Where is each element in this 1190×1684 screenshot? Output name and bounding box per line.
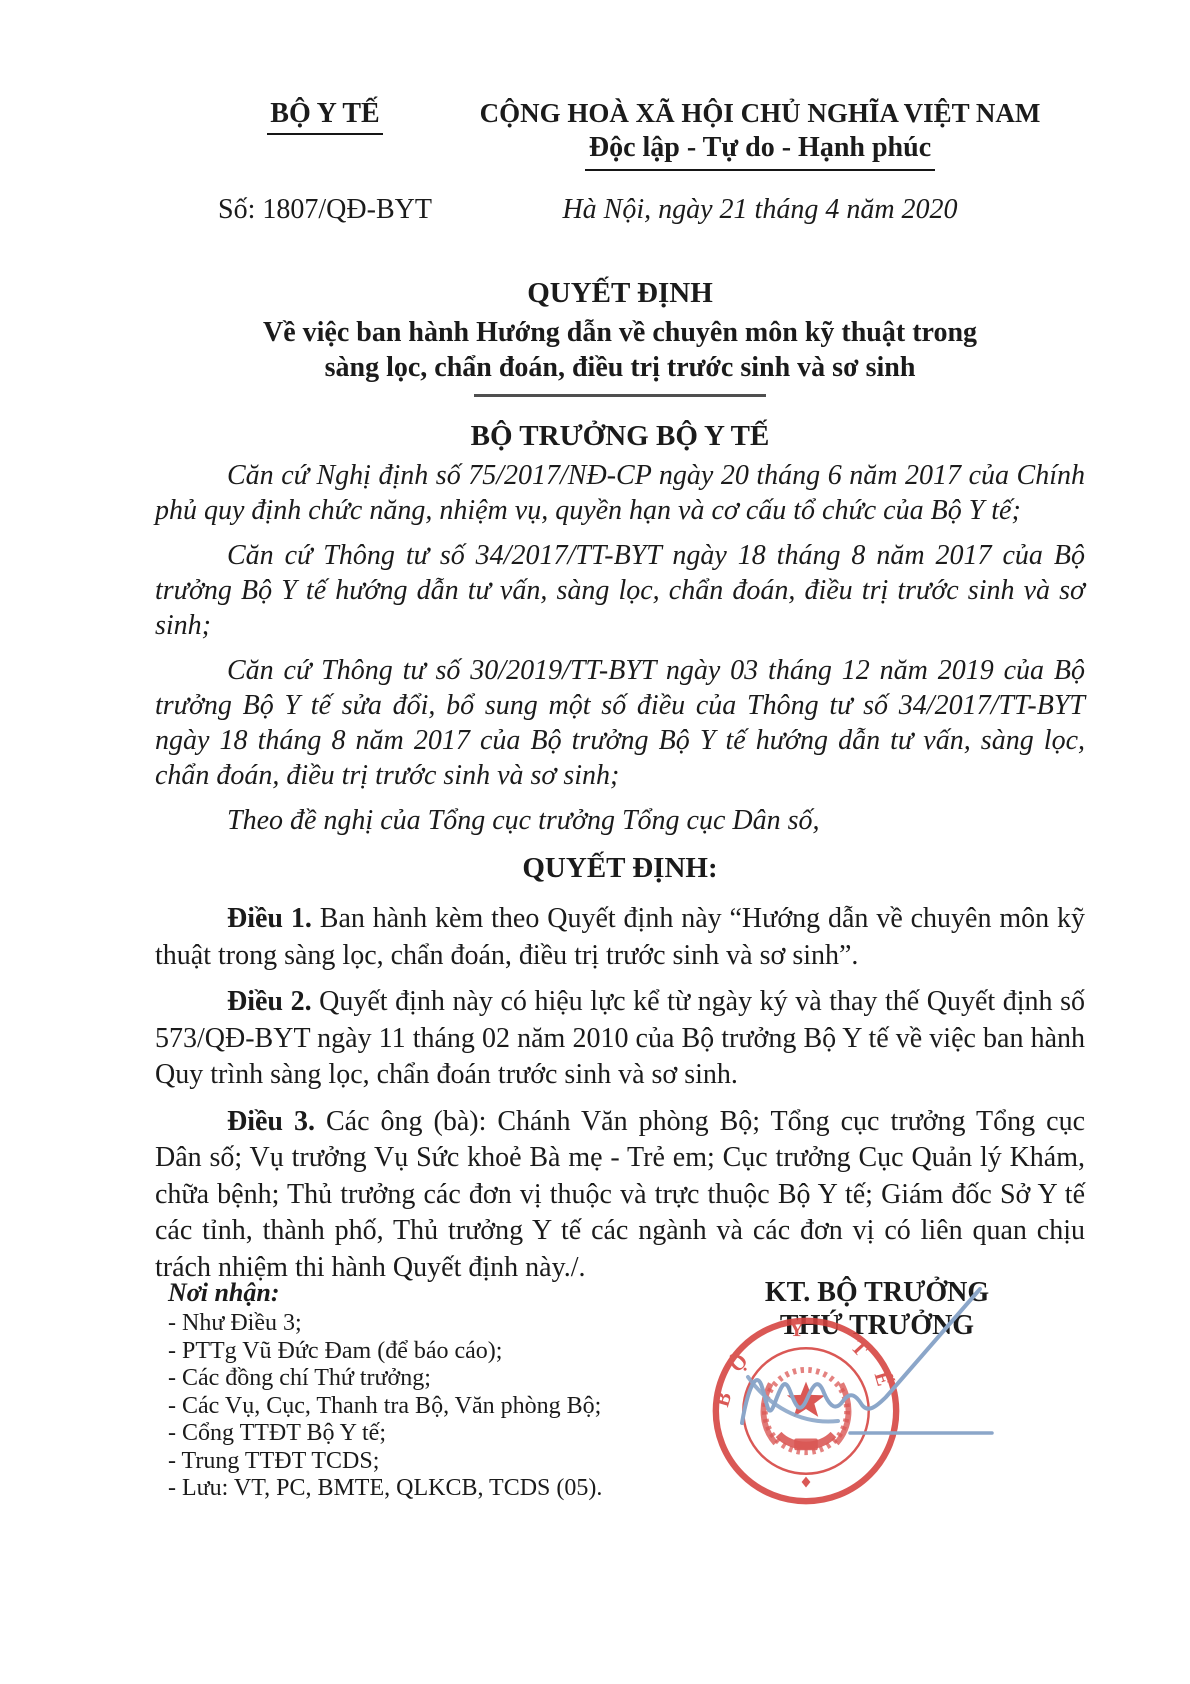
recipients-list: - Như Điều 3; - PTTg Vũ Đức Đam (để báo …: [168, 1310, 648, 1503]
preamble-paragraph: Theo đề nghị của Tổng cục trưởng Tổng cụ…: [155, 803, 1085, 838]
article-2: Điều 2. Quyết định này có hiệu lực kể từ…: [155, 984, 1085, 1094]
article-2-label: Điều 2.: [227, 986, 312, 1017]
article-1-label: Điều 1.: [227, 903, 312, 934]
title-divider-rule: [474, 394, 766, 397]
authority-heading: BỘ TRƯỞNG BỘ Y TẾ: [152, 420, 1088, 453]
preamble-paragraph: Căn cứ Nghị định số 75/2017/NĐ-CP ngày 2…: [155, 458, 1085, 528]
article-1: Điều 1. Ban hành kèm theo Quyết định này…: [155, 901, 1085, 974]
title-block: QUYẾT ĐỊNH Về việc ban hành Hướng dẫn về…: [152, 277, 1088, 397]
preamble-paragraph: Căn cứ Thông tư số 30/2019/TT-BYT ngày 0…: [155, 653, 1085, 793]
recipient-item: - Các Vụ, Cục, Thanh tra Bộ, Văn phòng B…: [168, 1393, 648, 1421]
article-3-label: Điều 3.: [227, 1106, 315, 1137]
recipient-item: - Cổng TTĐT Bộ Y tế;: [168, 1420, 648, 1448]
document-body: Căn cứ Nghị định số 75/2017/NĐ-CP ngày 2…: [155, 458, 1085, 1296]
recipient-item: - Lưu: VT, PC, BMTE, QLKCB, TCDS (05).: [168, 1475, 648, 1503]
national-motto-line2: Độc lập - Tự do - Hạnh phúc: [585, 131, 935, 171]
recipients-heading: Nơi nhận:: [168, 1278, 648, 1308]
decision-heading: QUYẾT ĐỊNH:: [155, 852, 1085, 885]
national-header-block: CỘNG HOÀ XÃ HỘI CHỦ NGHĨA VIỆT NAM Độc l…: [430, 96, 1090, 171]
recipient-item: - Như Điều 3;: [168, 1310, 648, 1338]
recipients-block: Nơi nhận: - Như Điều 3; - PTTg Vũ Đức Đa…: [168, 1278, 648, 1503]
recipient-item: - Trung TTĐT TCDS;: [168, 1448, 648, 1476]
signature-scribble: [650, 1255, 1110, 1525]
place-and-date: Hà Nội, ngày 21 tháng 4 năm 2020: [430, 194, 1090, 226]
preamble-paragraph: Căn cứ Thông tư số 34/2017/TT-BYT ngày 1…: [155, 538, 1085, 643]
decision-document-page: BỘ Y TẾ CỘNG HOÀ XÃ HỘI CHỦ NGHĨA VIỆT N…: [0, 0, 1190, 1684]
document-type-heading: QUYẾT ĐỊNH: [152, 277, 1088, 310]
recipient-item: - Các đồng chí Thứ trưởng;: [168, 1365, 648, 1393]
document-subtitle-line2: sàng lọc, chẩn đoán, điều trị trước sinh…: [152, 350, 1088, 385]
issuing-org-name: BỘ Y TẾ: [267, 98, 382, 135]
signature-main-stroke: [742, 1289, 980, 1423]
national-motto-line1: CỘNG HOÀ XÃ HỘI CHỦ NGHĨA VIỆT NAM: [430, 96, 1090, 130]
document-subtitle-line1: Về việc ban hành Hướng dẫn về chuyên môn…: [152, 315, 1088, 350]
recipient-item: - PTTg Vũ Đức Đam (để báo cáo);: [168, 1338, 648, 1366]
